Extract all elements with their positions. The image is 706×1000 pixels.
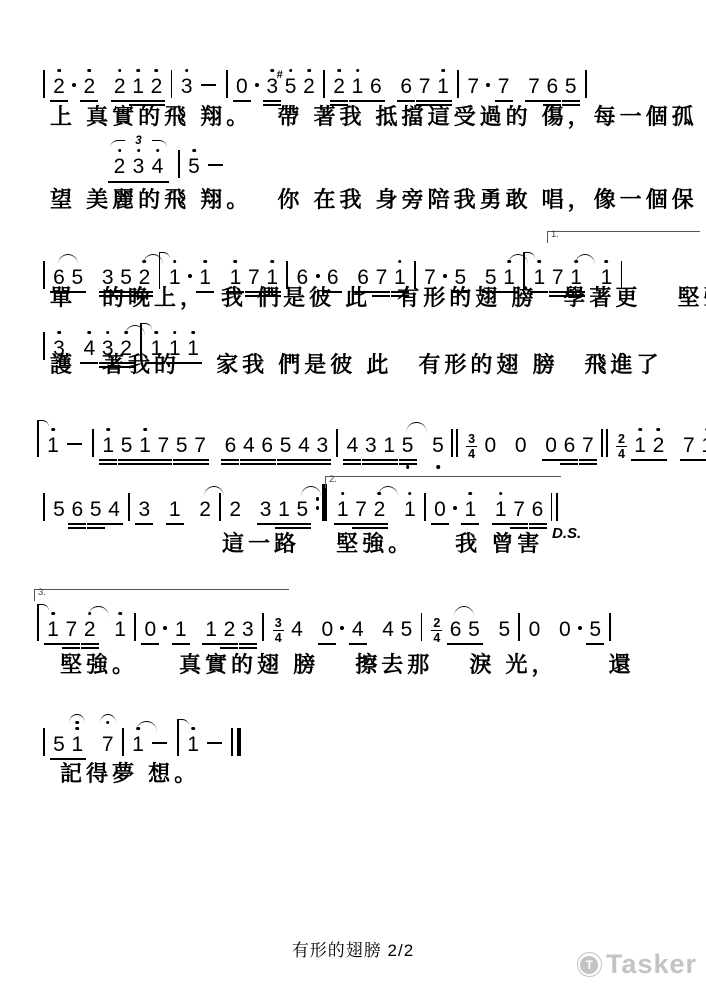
note-token: 5 — [176, 435, 188, 456]
octave-dot-above — [51, 428, 55, 432]
note-digit: 1 — [187, 734, 199, 755]
note-digit: 0 — [236, 76, 248, 97]
note-token: 5 — [188, 156, 200, 177]
augmentation-dot — [163, 626, 167, 630]
triplet-bracket-left — [110, 140, 125, 148]
note-digit: 7 — [498, 76, 510, 97]
fermata-dot — [106, 721, 110, 725]
note-digit: 6 — [400, 76, 412, 97]
barline — [323, 70, 325, 98]
note-token: 1 — [634, 435, 646, 456]
octave-dot-above — [657, 428, 661, 432]
augmentation-dot — [578, 626, 582, 630]
note-token: 1 — [139, 435, 151, 456]
triplet-group: 3234 — [108, 156, 169, 178]
note-digit: 0 — [434, 499, 446, 520]
note-digit: 2 — [229, 499, 241, 520]
note-digit: 4 — [347, 435, 359, 456]
note-digit: 5 — [432, 435, 444, 456]
note-digit: 5 — [90, 499, 102, 520]
octave-dot-above — [538, 260, 542, 264]
fermata-dot — [76, 721, 80, 725]
octave-dot-above — [88, 331, 92, 335]
barline — [122, 728, 124, 756]
watermark-text: Tasker — [606, 949, 697, 980]
note-token: 7 — [157, 435, 169, 456]
note-digit: 5 — [285, 76, 297, 97]
note-token: 0 — [321, 619, 333, 640]
note-digit: 3 — [242, 619, 254, 640]
note-digit: 1 — [47, 435, 59, 456]
barline — [457, 70, 459, 98]
repeat-end-barline — [316, 491, 330, 521]
octave-dot-above — [289, 69, 293, 73]
note-digit: 7 — [467, 76, 479, 97]
octave-dot-above — [638, 428, 642, 432]
note-token: 5 — [90, 499, 102, 520]
lyrics-line-1: 上 真實的飛 翔。 帶 著我 抵擋這受過的 傷，每一個孤 — [50, 100, 698, 131]
dash-extension — [207, 742, 222, 744]
tasker-logo-icon: T — [577, 952, 602, 977]
barline — [336, 429, 338, 457]
note-digit: 1 — [132, 734, 144, 755]
note-token: 5 — [498, 619, 510, 640]
barline — [43, 493, 45, 521]
note-token: 7 — [419, 76, 431, 97]
note-digit: 1 — [132, 76, 144, 97]
barline — [92, 429, 94, 457]
note-token: 1 — [71, 734, 83, 755]
augmentation-dot — [255, 83, 259, 87]
note-digit: 6 — [72, 499, 84, 520]
note-token: 5 — [53, 734, 65, 755]
lyrics-line-7: 堅強。 真實的翅 膀 擦去那 淚 光， 還 — [60, 648, 635, 679]
barline — [43, 728, 45, 756]
note-token: 6 — [532, 499, 544, 520]
octave-dot-above — [137, 149, 141, 153]
note-digit: 5 — [53, 499, 65, 520]
note-digit: 5 — [402, 435, 414, 456]
octave-dot-above — [605, 260, 609, 264]
note-digit: 2 — [151, 76, 163, 97]
note-token: 5 — [296, 499, 308, 520]
barline — [128, 493, 130, 521]
final-barline — [231, 728, 241, 756]
barline — [262, 613, 264, 641]
lyrics-line-3: 單 的晚上， 我 們是彼 此 有形的翅 膀 學著更 堅強。 — [50, 281, 706, 312]
note-digit: 0 — [144, 619, 156, 640]
barline-with-slur-hook — [177, 719, 179, 756]
note-digit: 5 — [589, 619, 601, 640]
repeat-dot — [316, 506, 320, 510]
note-digit: 2 — [114, 156, 126, 177]
note-token: 4 — [243, 435, 255, 456]
note-digit: 0 — [559, 619, 571, 640]
note-digit: 1 — [495, 499, 507, 520]
octave-dot-above — [203, 260, 207, 264]
note-token: 1 — [132, 76, 144, 97]
note-digit: 1 — [175, 619, 187, 640]
note-token: 7 — [683, 435, 695, 456]
volta-label: 1. — [551, 229, 561, 240]
note-digit: 1 — [102, 435, 114, 456]
note-digit: 5 — [121, 435, 133, 456]
note-token: 0 — [484, 435, 496, 456]
note-token: 2 — [333, 76, 345, 97]
octave-dot-above — [270, 69, 274, 73]
octave-dot-above — [156, 149, 160, 153]
lyrics-line-6: 這一路 堅強。 我 曾害 — [222, 527, 543, 558]
note-digit: 2 — [374, 499, 386, 520]
note-digit: 1 — [337, 499, 349, 520]
time-signature-numerator: 2 — [616, 432, 627, 447]
note-token: 1 — [47, 435, 59, 456]
note-digit: 7 — [582, 435, 594, 456]
note-token: 5 — [400, 619, 412, 640]
barline — [43, 332, 45, 360]
slur-arc — [575, 254, 595, 265]
note-digit: 5 — [296, 499, 308, 520]
note-digit: 7 — [355, 499, 367, 520]
octave-dot-above — [173, 260, 177, 264]
note-digit: 6 — [450, 619, 462, 640]
note-token: 2 — [303, 76, 315, 97]
volta-bracket: 2. — [325, 476, 561, 488]
time-signature-denominator: 4 — [466, 447, 477, 461]
barline-with-slur-hook — [37, 420, 39, 457]
dash-extension — [67, 443, 82, 445]
note-digit: 1 — [634, 435, 646, 456]
note-token: 5 — [121, 435, 133, 456]
note-digit: 7 — [683, 435, 695, 456]
note-token: 3 — [365, 435, 377, 456]
octave-dot-above — [106, 331, 110, 335]
note-token: 2 — [652, 435, 664, 456]
note-digit: 1 — [437, 76, 449, 97]
slur-arc — [454, 606, 474, 617]
note-token: 1 — [169, 499, 181, 520]
octave-dot-above — [154, 331, 158, 335]
note-token: 3 — [242, 619, 254, 640]
barline — [609, 613, 611, 641]
note-digit: 5 — [401, 619, 413, 640]
note-token: 1 — [114, 619, 126, 640]
lyrics-line-4: 護 著我的 家我 們是彼 此 有形的翅 膀 飛進了 — [50, 348, 662, 379]
octave-dot-above — [106, 428, 110, 432]
note-token: 4 — [346, 435, 358, 456]
note-token: 7 — [65, 619, 77, 640]
octave-dot-above — [76, 727, 80, 731]
octave-dot-above — [155, 69, 159, 73]
note-digit: 4 — [152, 156, 164, 177]
time-signature: 34 — [273, 616, 284, 646]
note-token: 0 — [515, 435, 527, 456]
time-signature-denominator: 4 — [616, 447, 627, 461]
slur-arc — [88, 606, 108, 617]
note-token: 3 — [138, 499, 150, 520]
note-token: 1 — [278, 499, 290, 520]
note-digit: 4 — [108, 499, 120, 520]
octave-dot-above — [337, 69, 341, 73]
note-token: 0 — [528, 619, 540, 640]
barline — [43, 261, 45, 289]
note-digit: 5 — [176, 435, 188, 456]
note-token: 6 — [546, 76, 558, 97]
octave-dot-above — [136, 69, 140, 73]
barline — [518, 613, 520, 641]
repeat-dot — [316, 497, 320, 501]
note-token: 4 — [108, 499, 120, 520]
music-line-7: 172101123344044524655005 — [32, 604, 616, 634]
augmentation-dot — [453, 506, 457, 510]
triplet-note-token: 2 — [114, 156, 126, 177]
note-token: 2 — [223, 619, 235, 640]
note-token: 1 — [102, 435, 114, 456]
note-token: 2 — [84, 619, 96, 640]
note-digit: 6 — [532, 499, 544, 520]
augmentation-dot — [188, 274, 192, 278]
note-token: 5 — [402, 435, 414, 456]
note-token: 7 — [194, 435, 206, 456]
augmentation-dot — [340, 626, 344, 630]
music-line-3: 65352111716667175511711 — [38, 252, 627, 282]
note-token: 3 — [260, 499, 272, 520]
double-barline — [601, 429, 608, 457]
note-digit: 7 — [513, 499, 525, 520]
note-digit: 7 — [66, 619, 78, 640]
note-token: 1 — [701, 435, 706, 456]
dal-segno-mark: D.S. — [552, 525, 581, 542]
watermark: T Tasker — [577, 949, 697, 980]
note-token: 4 — [382, 619, 394, 640]
note-token: 1 — [175, 619, 187, 640]
time-signature: 24 — [616, 432, 627, 462]
octave-dot-above — [469, 492, 473, 496]
note-digit: 5 — [280, 435, 292, 456]
barline — [424, 493, 426, 521]
note-token: 7 — [355, 499, 367, 520]
note-digit: 4 — [291, 619, 303, 640]
dash-extension — [208, 164, 223, 166]
note-digit: 0 — [321, 619, 333, 640]
lyrics-line-2: 望 美麗的飛 翔。 你 在我 身旁陪我勇敢 唱，像一個保 — [50, 183, 698, 214]
note-digit: 3 — [133, 156, 145, 177]
note-digit: 1 — [139, 435, 151, 456]
note-token: 3 — [316, 435, 328, 456]
note-digit: 5 — [188, 156, 200, 177]
octave-dot-above — [307, 69, 311, 73]
note-token: 7 — [513, 499, 525, 520]
time-signature-denominator: 4 — [431, 631, 442, 645]
octave-dot-above — [57, 69, 61, 73]
note-digit: 2 — [114, 76, 126, 97]
barline — [171, 70, 173, 98]
barline — [178, 150, 180, 178]
note-token: 1 — [404, 499, 416, 520]
note-token: 6 — [450, 619, 462, 640]
note-digit: 5 — [468, 619, 480, 640]
triplet-note-token: 4 — [152, 156, 164, 177]
slur-arc — [136, 721, 156, 732]
note-digit: 3 — [260, 499, 272, 520]
note-token: 4 — [298, 435, 310, 456]
note-digit: 4 — [382, 619, 394, 640]
note-digit: 7 — [194, 435, 206, 456]
note-digit: 2 — [84, 619, 96, 640]
note-token: 4 — [291, 619, 303, 640]
note-digit: 2 — [53, 76, 65, 97]
note-token: 2 — [83, 76, 95, 97]
note-digit: 6 — [564, 435, 576, 456]
note-digit: 1 — [701, 435, 706, 456]
note-digit: 1 — [114, 619, 126, 640]
dash-extension — [201, 84, 216, 86]
augmentation-dot — [72, 83, 76, 87]
barline — [585, 70, 587, 98]
repeat-thick-bar — [322, 484, 327, 521]
sheet-music-page: 22212303#5221667177765上 真實的飛 翔。 帶 著我 抵擋這… — [0, 0, 706, 1000]
double-barline — [551, 493, 558, 521]
note-token: 7 — [498, 76, 510, 97]
double-barline — [451, 429, 458, 457]
note-digit: 0 — [529, 619, 541, 640]
note-digit: 2 — [333, 76, 345, 97]
octave-dot-above — [356, 69, 360, 73]
music-line-8: 51711 — [38, 719, 245, 749]
note-token: 1 — [187, 734, 199, 755]
note-token: 7 — [102, 734, 114, 755]
note-digit: 1 — [72, 734, 84, 755]
note-digit: 6 — [546, 76, 558, 97]
note-token: 0 — [559, 619, 571, 640]
note-digit: 5 — [565, 76, 577, 97]
octave-dot-above — [118, 149, 122, 153]
note-token: 1 — [383, 435, 395, 456]
music-line-6: 56543122315172101176 — [38, 491, 562, 521]
lyrics-line-8: 記得夢 想。 — [60, 757, 200, 788]
note-token: 2 — [199, 499, 211, 520]
octave-dot-above — [173, 331, 177, 335]
note-digit: 1 — [404, 499, 416, 520]
note-digit: 5 — [498, 619, 510, 640]
octave-dot-above — [191, 331, 195, 335]
note-digit: 4 — [243, 435, 255, 456]
volta-label: 3. — [38, 587, 48, 598]
barline-with-slur-hook — [37, 604, 39, 641]
note-token: 4 — [352, 619, 364, 640]
octave-dot-below — [436, 465, 440, 469]
music-line-2: 32345 — [104, 150, 228, 180]
note-token: 2 — [114, 76, 126, 97]
note-token: 0 — [434, 499, 446, 520]
music-line-5: 1151757646543431553400067241271 — [32, 420, 706, 450]
note-digit: 3 — [138, 499, 150, 520]
note-digit: 6 — [370, 76, 382, 97]
octave-dot-above — [192, 149, 196, 153]
barline — [134, 613, 136, 641]
note-token: 7 — [528, 76, 540, 97]
note-digit: 2 — [224, 619, 236, 640]
note-digit: 7 — [102, 734, 114, 755]
note-token: 1 — [495, 499, 507, 520]
note-token: 0 — [236, 76, 248, 97]
note-token: 2 — [53, 76, 65, 97]
note-token: 6 — [261, 435, 273, 456]
note-token: #5 — [285, 76, 297, 97]
note-token: 6 — [71, 499, 83, 520]
time-signature: 34 — [466, 432, 477, 462]
note-digit: 3 — [316, 435, 328, 456]
note-token: 7 — [467, 76, 479, 97]
note-token: 1 — [352, 76, 364, 97]
time-signature-numerator: 3 — [466, 432, 477, 447]
note-digit: 7 — [419, 76, 431, 97]
octave-dot-above — [118, 612, 122, 616]
octave-dot-above — [51, 612, 55, 616]
augmentation-dot — [443, 274, 447, 278]
note-digit: 1 — [352, 76, 364, 97]
octave-dot-above — [88, 69, 92, 73]
note-digit: 2 — [84, 76, 96, 97]
note-token: 0 — [545, 435, 557, 456]
note-token: 6 — [400, 76, 412, 97]
note-token: 5 — [565, 76, 577, 97]
note-digit: 0 — [545, 435, 557, 456]
barline — [43, 70, 45, 98]
note-digit: 4 — [352, 619, 364, 640]
octave-dot-above — [143, 428, 147, 432]
note-digit: 0 — [515, 435, 527, 456]
note-token: 5 — [468, 619, 480, 640]
octave-dot-above — [341, 492, 345, 496]
note-digit: 3 — [181, 76, 193, 97]
triplet-bracket-right — [152, 140, 167, 148]
octave-dot-above — [185, 69, 189, 73]
note-token: 5 — [589, 619, 601, 640]
volta-bracket: 3. — [34, 589, 289, 601]
note-digit: 6 — [225, 435, 237, 456]
time-signature-numerator: 3 — [273, 616, 284, 631]
octave-dot-above — [408, 492, 412, 496]
octave-dot-above — [499, 492, 503, 496]
score-area: 22212303#5221667177765上 真實的飛 翔。 帶 著我 抵擋這… — [0, 0, 706, 1000]
barline — [219, 493, 221, 521]
note-digit: 0 — [484, 435, 496, 456]
music-line-1: 22212303#5221667177765 — [38, 70, 592, 100]
octave-dot-above — [441, 69, 445, 73]
slur-arc — [406, 422, 426, 433]
augmentation-dot — [486, 83, 490, 87]
note-token: 1 — [47, 619, 59, 640]
augmentation-dot — [316, 274, 320, 278]
note-token: 2 — [150, 76, 162, 97]
note-digit: 3 — [365, 435, 377, 456]
note-token: 6 — [224, 435, 236, 456]
volta-bracket: 1. — [547, 231, 700, 243]
note-token: 3 — [181, 76, 193, 97]
octave-dot-above — [234, 260, 238, 264]
note-digit: 5 — [53, 734, 65, 755]
note-token: 1 — [337, 499, 349, 520]
octave-dot-above — [270, 260, 274, 264]
octave-dot-above — [398, 260, 402, 264]
slur-arc — [58, 254, 78, 265]
note-digit: 1 — [47, 619, 59, 640]
note-token: 7 — [582, 435, 594, 456]
note-token: 1 — [205, 619, 217, 640]
time-signature: 24 — [431, 616, 442, 646]
octave-dot-above — [57, 331, 61, 335]
